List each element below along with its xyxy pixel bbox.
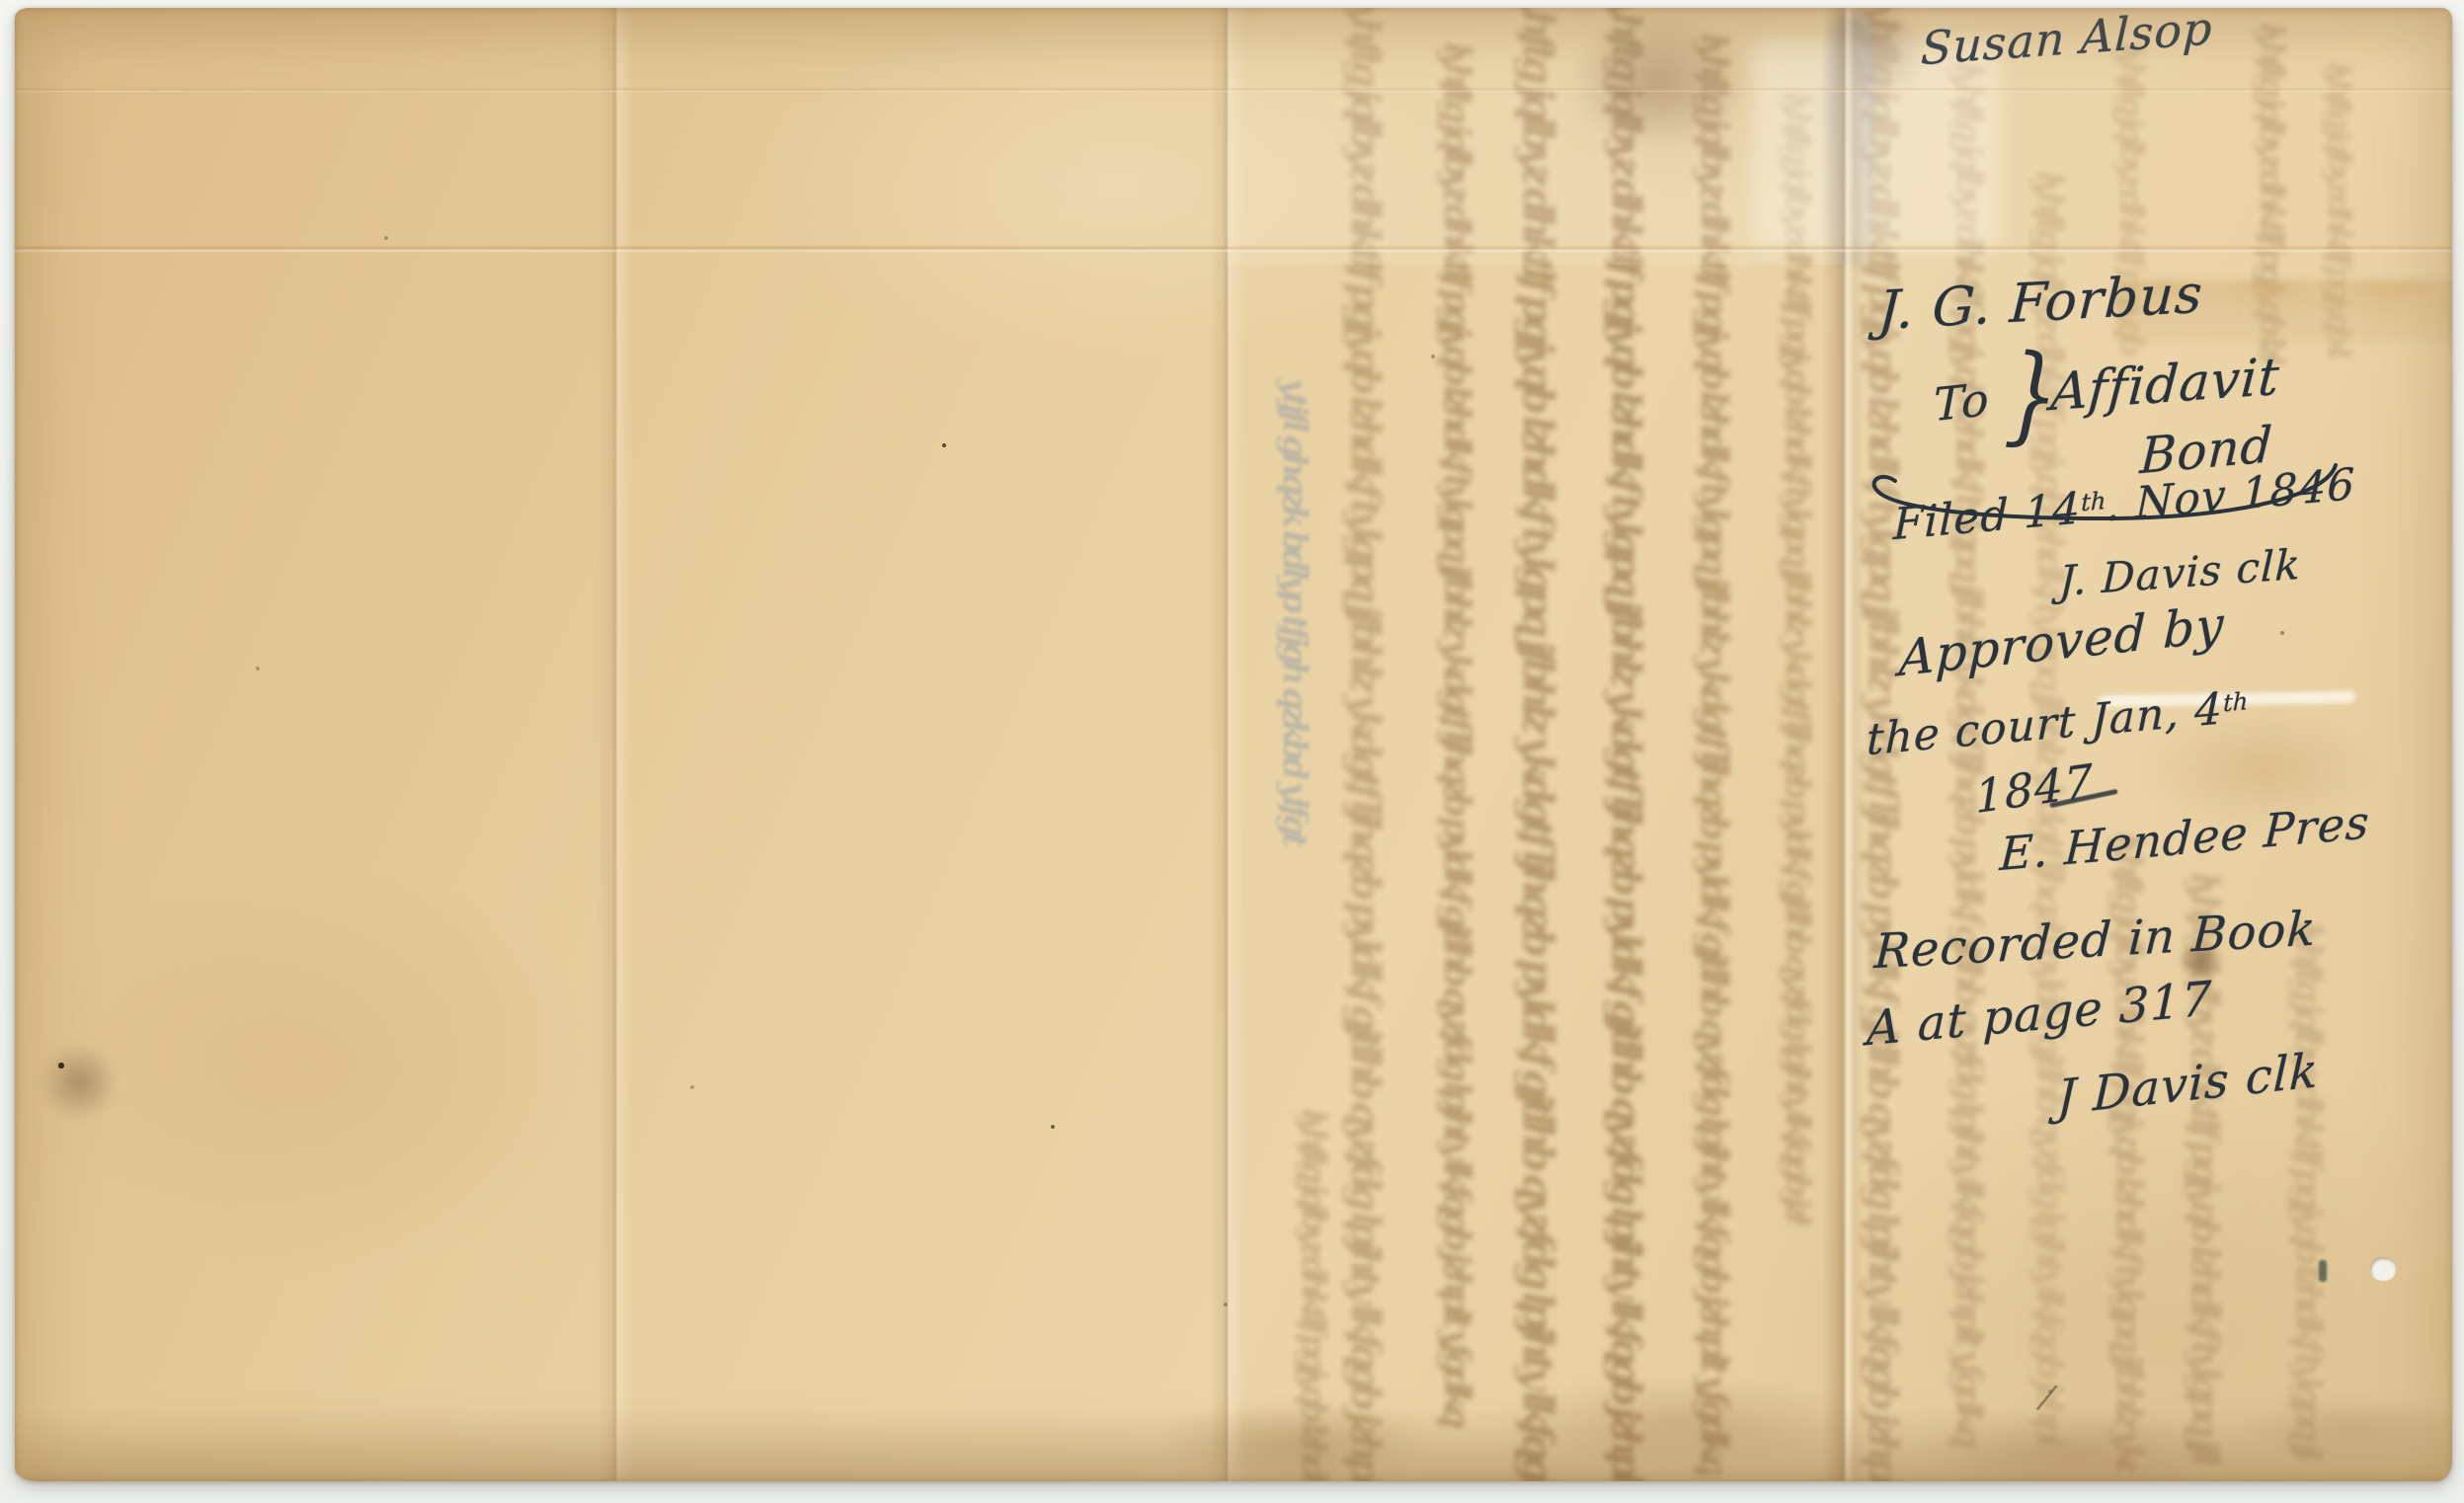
court-superscript: th (2223, 687, 2249, 717)
pencil-bleedthrough-column: ytjfl ghqzk bdlyp tfjgh qzkbd ylfgt (1257, 378, 1314, 1060)
stain-spot (40, 1043, 119, 1122)
vertical-fold-crease (597, 8, 633, 1481)
filed-superscript: th (2081, 487, 2106, 516)
panel-highlight (1227, 8, 1843, 265)
ink-bleedthrough-column: lyhftg jqlbyz dhktlf pgjyqb lzhdkf tylgp… (1276, 1109, 1333, 1481)
dust-specks (15, 8, 17, 10)
folded-document-verso-sheet: lyhftg jqlbyz dhktlf pgjyqb lzhdkf tylgp… (15, 8, 2452, 1481)
docket-to-label: To (1934, 372, 1990, 432)
